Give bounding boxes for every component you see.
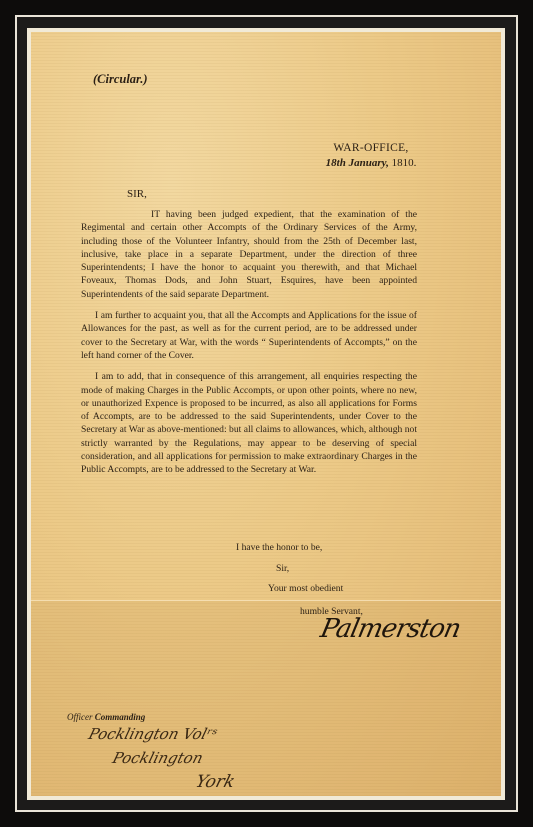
handwritten-address-line-2: Pocklington	[111, 749, 205, 767]
closing-line-2: Sir,	[276, 563, 289, 574]
handwritten-address-line-3: York	[193, 772, 237, 792]
date-year: 1810.	[389, 157, 417, 169]
closing-line-1: I have the honor to be,	[236, 542, 322, 553]
letter-date: 18th January, 1810.	[291, 157, 451, 169]
office-name: WAR-OFFICE,	[291, 142, 451, 154]
address-label-officer: Officer	[67, 712, 95, 722]
paragraph-2: I am further to acquaint you, that all t…	[81, 309, 417, 362]
address-label: Officer Commanding	[67, 712, 145, 722]
salutation: SIR,	[127, 188, 147, 200]
handwritten-address-line-1: Pocklington Volʳˢ	[87, 725, 220, 743]
signature-palmerston: Palmerston	[318, 614, 463, 644]
letter-body: IT having been judged expedient, that th…	[81, 208, 417, 485]
address-label-commanding: Commanding	[95, 712, 146, 722]
document-paper: (Circular.) WAR-OFFICE, 18th January, 18…	[31, 32, 501, 796]
letter-heading: WAR-OFFICE, 18th January, 1810.	[291, 142, 451, 169]
date-day-month: 18th January,	[326, 157, 389, 169]
paragraph-3: I am to add, that in consequence of this…	[81, 370, 417, 476]
closing-line-3: Your most obedient	[268, 583, 343, 594]
circular-label: (Circular.)	[93, 72, 148, 87]
paragraph-1: IT having been judged expedient, that th…	[81, 208, 417, 301]
